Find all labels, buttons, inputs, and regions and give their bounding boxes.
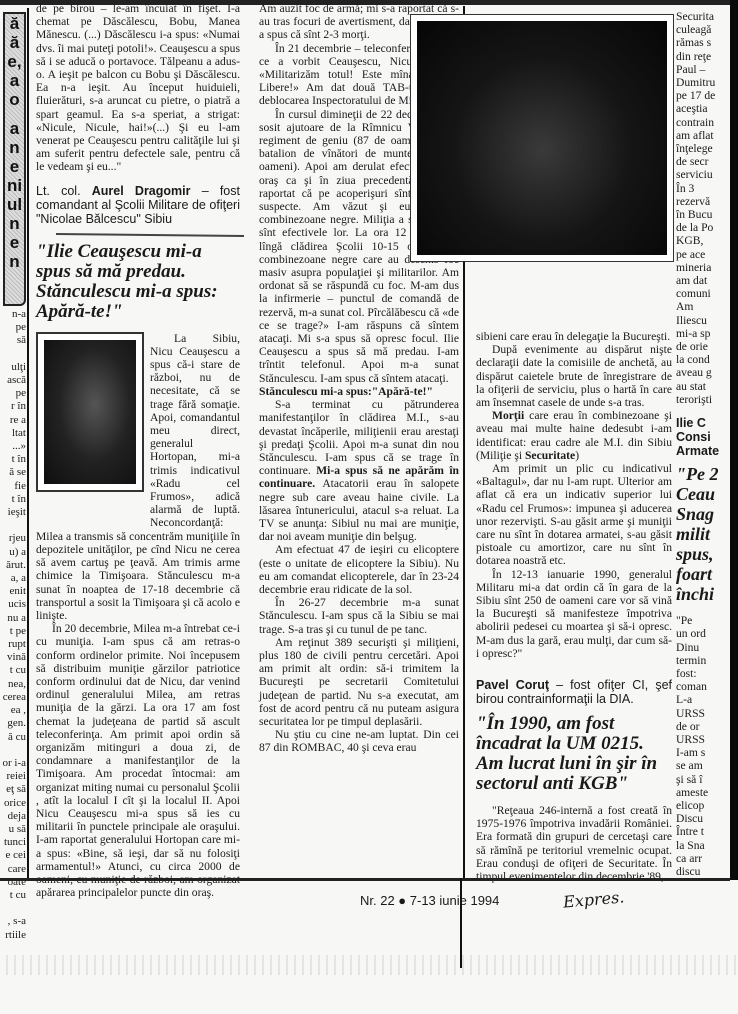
portrait-image [44, 340, 136, 484]
text-fragment: terorişti [676, 393, 738, 406]
text-fragment: discu [676, 865, 738, 878]
text-fragment: URSS [676, 707, 738, 720]
left-cut-column: ă ă e, a o a n e ni ul n e n n-apesă ulţ… [0, 2, 24, 982]
sidebar-letter: e, [5, 52, 24, 71]
sidebar-letter: n [5, 252, 24, 271]
text-fragment: vină [0, 651, 26, 664]
text-fragment: L-a [676, 693, 738, 706]
text-fragment: t în [0, 493, 26, 506]
text-fragment [0, 519, 26, 532]
text-fragment: t în [0, 453, 26, 466]
text-fragment: termin [676, 654, 738, 667]
text-fragment: pe [0, 321, 26, 334]
text-fragment: nea, [0, 678, 26, 691]
text-fragment: t cu [0, 664, 26, 677]
text-fragment: de orie [676, 340, 738, 353]
text-fragment: şi să î [676, 773, 738, 786]
text-fragment [0, 744, 26, 757]
right-lines-bottom: "Peun ordDinuterminfost:comanL-aURSSde o… [676, 614, 738, 880]
sidebar-letter: a [5, 71, 24, 90]
text-fragment: În 3 [676, 182, 738, 195]
text-fragment: contrain [676, 116, 738, 129]
sidebar-letter: e [5, 157, 24, 176]
text-fragment: coman [676, 680, 738, 693]
photo-row: La Sibiu, Nicu Ceauşescu a spus că-i sta… [36, 332, 240, 530]
sidebar-letter: a [5, 119, 24, 138]
text-fragment: Armate [676, 444, 738, 458]
text-fragment: de secr [676, 155, 738, 168]
text-fragment: ă cu [0, 731, 26, 744]
text-fragment: se am [676, 759, 738, 772]
text-fragment: pe ace [676, 248, 738, 261]
text-fragment: ască [0, 374, 26, 387]
photo-side-text: La Sibiu, Nicu Ceauşescu a spus că-i sta… [150, 332, 240, 530]
text-fragment: ltat [0, 427, 26, 440]
sidebar-letter: o [5, 90, 24, 109]
text-fragment: de or [676, 720, 738, 733]
text-fragment: culeagă [676, 23, 738, 36]
scan-noise [0, 955, 738, 975]
sidebar-letter: n [5, 138, 24, 157]
sidebar-letter: n [5, 214, 24, 233]
text-fragment: I-am s [676, 746, 738, 759]
text-fragment: Am [676, 300, 738, 313]
text-fragment: la cond [676, 353, 738, 366]
paragraph: Nu ştiu cu cine ne-am luptat. Din cei 87… [259, 728, 459, 754]
text-fragment: t pe [0, 625, 26, 638]
column-rule [27, 8, 29, 878]
sidebar-letter: ă [5, 14, 24, 33]
column-3: sibieni care erau în delegaţie la Bucure… [476, 330, 672, 883]
paragraph: În 26-27 decembrie m-a sunat Stănculescu… [259, 596, 459, 636]
text-fragment: n-a [0, 308, 26, 321]
article-headline-2: "În 1990, am fost încadrat la UM 0215. A… [476, 714, 672, 794]
text-fragment [0, 348, 26, 361]
paragraph: Am efectuat 47 de ieşiri cu elicoptere (… [259, 543, 459, 596]
text-fragment: ărut. [0, 559, 26, 572]
text-fragment: deja [0, 810, 26, 823]
sidebar-box: ă ă e, a o a n e ni ul n e n [3, 12, 26, 306]
author-name: Aurel Dragomir [92, 184, 191, 198]
text-fragment: Consi [676, 430, 738, 444]
text-fragment: aveau g [676, 366, 738, 379]
newspaper-page: ă ă e, a o a n e ni ul n e n n-apesă ulţ… [0, 0, 738, 1014]
text-fragment: reiei [0, 770, 26, 783]
text-fragment: un ord [676, 627, 738, 640]
large-photo [410, 14, 674, 262]
text-fragment: tunci [0, 836, 26, 849]
text-fragment: Între t [676, 825, 738, 838]
text-fragment: în Bucu [676, 208, 738, 221]
paragraph: "Reţeaua 246-internă a fost creată în 19… [476, 804, 672, 883]
text-fragment: fie [0, 480, 26, 493]
text-fragment: spus, [676, 544, 738, 564]
text-fragment: orice [0, 797, 26, 810]
text-fragment: URSS [676, 733, 738, 746]
text-fragment: serviciu [676, 168, 738, 181]
text-fragment: gen. [0, 717, 26, 730]
sidebar-letter: ul [5, 195, 24, 214]
text-fragment: închi [676, 584, 738, 604]
text-fragment: ucis [0, 598, 26, 611]
text-fragment: pe [0, 387, 26, 400]
text-fragment: la Sna [676, 839, 738, 852]
sidebar-gap [5, 109, 24, 119]
text-fragment: u să [0, 823, 26, 836]
text-fragment: de la Po [676, 221, 738, 234]
text-fragment: înţelege [676, 142, 738, 155]
paragraph: Am primit un plic cu indicativul «Baltag… [476, 462, 672, 568]
paragraph: În 12-13 ianuarie 1990, generalul Milita… [476, 568, 672, 660]
text-fragment: mineria [676, 261, 738, 274]
large-photo-image [417, 21, 667, 255]
paragraph: Morţii care erau în combinezoane şi avea… [476, 409, 672, 462]
text-fragment: rămas s [676, 36, 738, 49]
text-fragment: ameste [676, 786, 738, 799]
text-fragment: ulţi [0, 361, 26, 374]
text-fragment: rtiile [0, 929, 26, 942]
byline-corut: Pavel Coruţ – fost ofiţer CI, şef birou … [476, 678, 672, 706]
handwritten-signature: Expres. [562, 887, 625, 911]
author-name: Pavel Coruţ [476, 678, 549, 692]
sidebar-letter: ă [5, 33, 24, 52]
text-fragment: Ceau [676, 484, 738, 504]
text-fragment: enit [0, 585, 26, 598]
paragraph: După evenimente au dispărut nişte declar… [476, 343, 672, 409]
column-1: de pe birou – le-am încuiat în fişet. I-… [36, 2, 240, 899]
text-fragment: t cu [0, 889, 26, 902]
text-fragment: KGB, [676, 234, 738, 247]
text-fragment: ca arr [676, 852, 738, 865]
paragraph: Am reţinut 389 securişti şi miliţieni, p… [259, 636, 459, 728]
sidebar-letter: ni [5, 176, 24, 195]
text-fragment: Iliescu [676, 314, 738, 327]
text-fragment: Dumitru [676, 76, 738, 89]
paragraph: În 20 decembrie, Milea m-a întrebat ce-i… [36, 622, 240, 899]
text-fragment: comuni [676, 287, 738, 300]
text-fragment: rjeu [0, 532, 26, 545]
text-fragment: au stat [676, 380, 738, 393]
text-fragment: "Pe 2 [676, 464, 738, 484]
text-fragment: să [0, 334, 26, 347]
text-fragment: mi-a sp [676, 327, 738, 340]
text-fragment: u) a [0, 546, 26, 559]
text-fragment: r în [0, 400, 26, 413]
right-cut-column: Securitaculeagărămas sdin reţePaul –Dumi… [676, 0, 738, 880]
right-lines-top: Securitaculeagărămas sdin reţePaul –Dumi… [676, 10, 738, 406]
byline-dragomir: Lt. col. Aurel Dragomir – fost comandant… [36, 184, 240, 226]
text-fragment: re a [0, 414, 26, 427]
text-fragment: ...» [0, 440, 26, 453]
text-fragment: am aflat [676, 129, 738, 142]
text-fragment: ă se [0, 466, 26, 479]
text-fragment: elicop [676, 799, 738, 812]
text-fragment: e cei [0, 849, 26, 862]
paragraph: sibieni care erau în delegaţie la Bucure… [476, 330, 672, 343]
intro-paragraph: de pe birou – le-am încuiat în fişet. I-… [36, 2, 240, 174]
text-fragment: din reţe [676, 50, 738, 63]
text-fragment: rupt [0, 638, 26, 651]
paragraph: Milea a transmis să concentrăm muniţiile… [36, 530, 240, 622]
text-fragment: Snag [676, 504, 738, 524]
text-fragment: Paul – [676, 63, 738, 76]
text-fragment: Ilie C [676, 416, 738, 430]
text-fragment: or i-a [0, 757, 26, 770]
text-fragment: care [0, 863, 26, 876]
text-fragment: fost: [676, 667, 738, 680]
text-fragment: nu a [0, 612, 26, 625]
portrait-photo [36, 332, 144, 492]
bottom-rule [0, 878, 730, 881]
text-fragment: Dinu [676, 641, 738, 654]
article-headline: "Ilie Ceauşescu mi-a spus să mă predau. … [36, 242, 240, 322]
text-fragment: eţ să [0, 783, 26, 796]
text-fragment: ea , [0, 704, 26, 717]
right-headline: "Pe 2CeauSnagmilitspus,foartînchi [676, 464, 738, 604]
text-fragment: am dat [676, 274, 738, 287]
text-fragment: a, a [0, 572, 26, 585]
text-fragment: rezervă [676, 195, 738, 208]
text-fragment: ieşit [0, 506, 26, 519]
right-byline: Ilie CConsiArmate [676, 416, 738, 458]
text-fragment: aceştia [676, 102, 738, 115]
text-fragment: pe 17 de [676, 89, 738, 102]
text-fragment: Discu [676, 812, 738, 825]
text-fragment: "Pe [676, 614, 738, 627]
text-fragment: cerea [0, 691, 26, 704]
text-fragment [0, 902, 26, 915]
issue-info: Nr. 22 ● 7-13 iunie 1994 [360, 893, 499, 908]
bold-quote: Stănculescu mi-a spus:"Apără-te!" [259, 385, 433, 398]
text-fragment: , s-a [0, 915, 26, 928]
text-fragment: foart [676, 564, 738, 584]
text-fragment: Securita [676, 10, 738, 23]
text-fragment: milit [676, 524, 738, 544]
sidebar-letter: e [5, 233, 24, 252]
left-strip-fragments: n-apesă ulţiascăper înre altat...»t înă … [0, 308, 26, 942]
paragraph: S-a terminat cu pătrunderea manifestanţi… [259, 398, 459, 543]
scan-edge [730, 0, 738, 880]
ink-smudge-line [56, 233, 244, 237]
